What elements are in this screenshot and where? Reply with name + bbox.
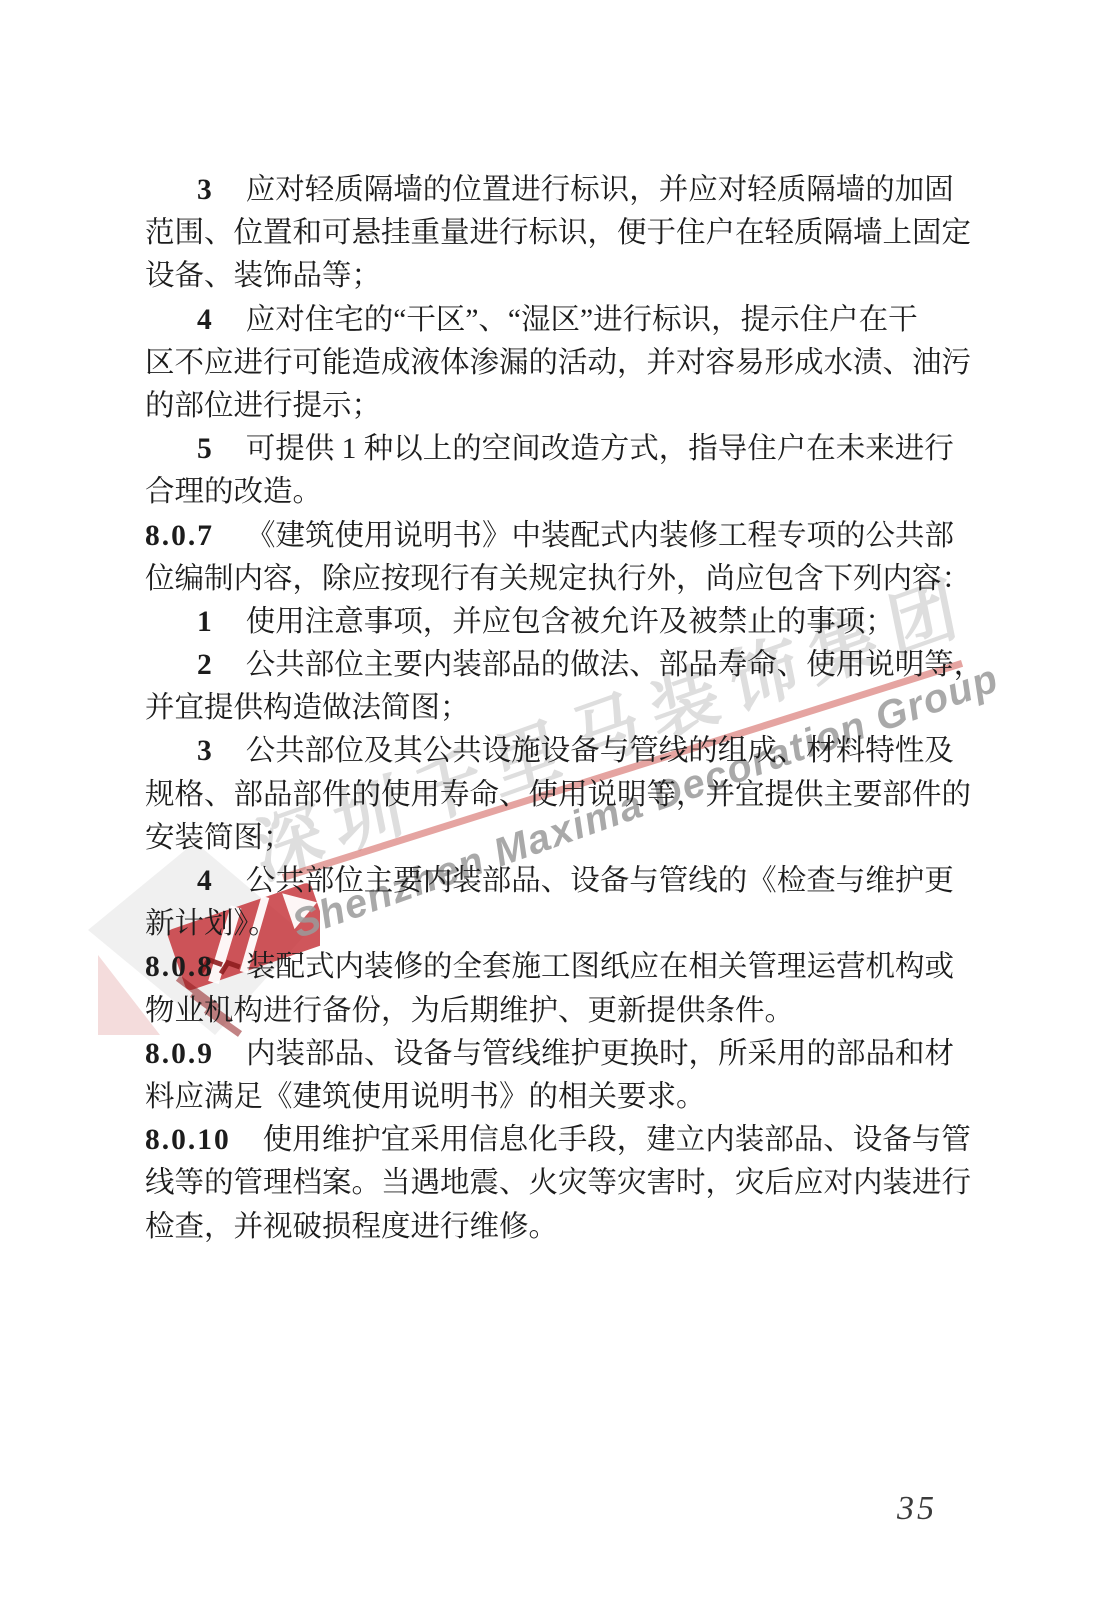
line-text: 《建筑使用说明书》中装配式内装修工程专项的公共部 <box>246 520 954 552</box>
line-text: 并宜提供构造做法简图； <box>145 692 470 724</box>
item-number: 3 <box>197 174 214 206</box>
text-line: 并宜提供构造做法简图； <box>145 687 975 730</box>
clause-number: 8.0.10 <box>145 1124 231 1156</box>
item-number: 1 <box>197 606 214 638</box>
line-text: 区不应进行可能造成液体渗漏的活动，并对容易形成水渍、油污 <box>145 347 971 379</box>
clause-number: 8.0.7 <box>145 520 214 552</box>
text-line: 3公共部位及其公共设施设备与管线的组成、材料特性及 <box>145 730 975 773</box>
item-number: 3 <box>197 735 214 767</box>
line-text: 料应满足《建筑使用说明书》的相关要求。 <box>145 1081 706 1113</box>
line-text: 物业机构进行备份，为后期维护、更新提供条件。 <box>145 995 794 1027</box>
item-number: 4 <box>197 865 214 897</box>
text-line: 设备、装饰品等； <box>145 255 975 298</box>
text-line: 物业机构进行备份，为后期维护、更新提供条件。 <box>145 990 975 1033</box>
line-text: 检查，并视破损程度进行维修。 <box>145 1211 558 1243</box>
document-page: 深圳千里马装饰集团 Shenzhen Maxima Decoration Gro… <box>0 0 1103 1597</box>
line-text: 的部位进行提示； <box>145 390 381 422</box>
line-text: 线等的管理档案。当遇地震、火灾等灾害时，灾后应对内装进行 <box>145 1167 971 1199</box>
text-line: 安装简图； <box>145 817 975 860</box>
line-text: 内装部品、设备与管线维护更换时，所采用的部品和材 <box>246 1038 954 1070</box>
clause-number: 8.0.9 <box>145 1038 214 1070</box>
line-text: 设备、装饰品等； <box>145 260 381 292</box>
text-line: 位编制内容，除应按现行有关规定执行外，尚应包含下列内容： <box>145 558 975 601</box>
line-text: 范围、位置和可悬挂重量进行标识，便于住户在轻质隔墙上固定 <box>145 217 971 249</box>
line-text: 装配式内装修的全套施工图纸应在相关管理运营机构或 <box>246 951 954 983</box>
text-line: 3应对轻质隔墙的位置进行标识，并应对轻质隔墙的加固 <box>145 169 975 212</box>
text-line: 范围、位置和可悬挂重量进行标识，便于住户在轻质隔墙上固定 <box>145 212 975 255</box>
line-text: 新计划》。 <box>145 908 278 940</box>
line-text: 公共部位及其公共设施设备与管线的组成、材料特性及 <box>246 735 954 767</box>
text-line: 的部位进行提示； <box>145 385 975 428</box>
line-text: 规格、部品部件的使用寿命、使用说明等，并宜提供主要部件的 <box>145 779 971 811</box>
text-line: 4应对住宅的“干区”、“湿区”进行标识，提示住户在干 <box>145 299 975 342</box>
text-line: 新计划》。 <box>145 903 975 946</box>
text-line: 8.0.10使用维护宜采用信息化手段，建立内装部品、设备与管 <box>145 1119 975 1162</box>
item-number: 5 <box>197 433 214 465</box>
item-number: 4 <box>197 304 214 336</box>
line-text: 应对住宅的“干区”、“湿区”进行标识，提示住户在干 <box>246 304 918 336</box>
line-text: 可提供 1 种以上的空间改造方式，指导住户在未来进行 <box>246 433 954 465</box>
line-text: 安装简图； <box>145 822 293 854</box>
text-line: 8.0.9内装部品、设备与管线维护更换时，所采用的部品和材 <box>145 1033 975 1076</box>
clause-number: 8.0.8 <box>145 951 214 983</box>
text-line: 2公共部位主要内装部品的做法、部品寿命、使用说明等， <box>145 644 975 687</box>
text-line: 合理的改造。 <box>145 471 975 514</box>
text-line: 8.0.7《建筑使用说明书》中装配式内装修工程专项的公共部 <box>145 515 975 558</box>
line-text: 合理的改造。 <box>145 476 322 508</box>
item-number: 2 <box>197 649 214 681</box>
text-line: 5可提供 1 种以上的空间改造方式，指导住户在未来进行 <box>145 428 975 471</box>
line-text: 公共部位主要内装部品的做法、部品寿命、使用说明等， <box>246 649 984 681</box>
line-text: 应对轻质隔墙的位置进行标识，并应对轻质隔墙的加固 <box>246 174 954 206</box>
line-text: 使用注意事项，并应包含被允许及被禁止的事项； <box>246 606 895 638</box>
line-text: 公共部位主要内装部品、设备与管线的《检查与维护更 <box>246 865 954 897</box>
line-text: 使用维护宜采用信息化手段，建立内装部品、设备与管 <box>263 1124 971 1156</box>
text-line: 4公共部位主要内装部品、设备与管线的《检查与维护更 <box>145 860 975 903</box>
text-line: 1使用注意事项，并应包含被允许及被禁止的事项； <box>145 601 975 644</box>
page-number: 35 <box>897 1490 937 1528</box>
text-line: 料应满足《建筑使用说明书》的相关要求。 <box>145 1076 975 1119</box>
text-line: 线等的管理档案。当遇地震、火灾等灾害时，灾后应对内装进行 <box>145 1162 975 1205</box>
text-line: 8.0.8装配式内装修的全套施工图纸应在相关管理运营机构或 <box>145 946 975 989</box>
text-line: 区不应进行可能造成液体渗漏的活动，并对容易形成水渍、油污 <box>145 342 975 385</box>
text-line: 规格、部品部件的使用寿命、使用说明等，并宜提供主要部件的 <box>145 774 975 817</box>
body-text: 3应对轻质隔墙的位置进行标识，并应对轻质隔墙的加固范围、位置和可悬挂重量进行标识… <box>145 169 975 1249</box>
line-text: 位编制内容，除应按现行有关规定执行外，尚应包含下列内容： <box>145 563 971 595</box>
text-line: 检查，并视破损程度进行维修。 <box>145 1206 975 1249</box>
